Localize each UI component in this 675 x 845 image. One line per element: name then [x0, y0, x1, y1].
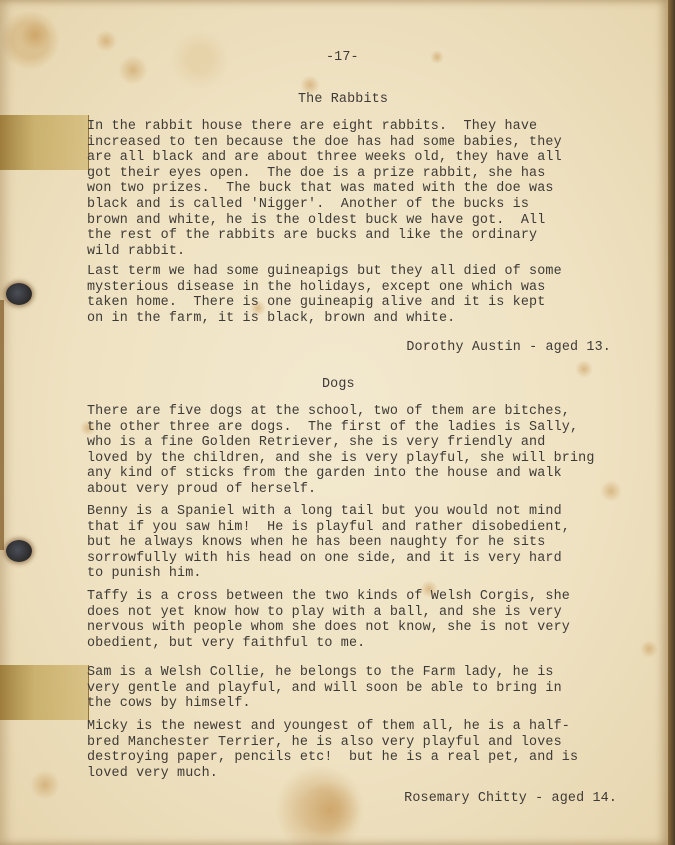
tape-strip-top	[0, 115, 89, 170]
dogs-paragraph-benny: Benny is a Spaniel with a long tail but …	[87, 504, 570, 582]
page-number: -17-	[326, 50, 359, 66]
dogs-paragraph-taffy: Taffy is a cross between the two kinds o…	[87, 589, 570, 651]
dogs-paragraph-micky: Micky is the newest and youngest of them…	[87, 719, 578, 781]
punch-hole-bottom	[6, 540, 32, 562]
section-title-dogs: Dogs	[322, 377, 355, 393]
binding-edge	[0, 300, 4, 550]
page-edge-shadow	[668, 0, 675, 845]
signature-dogs: Rosemary Chitty - aged 14.	[404, 791, 617, 807]
rabbits-paragraph-1: In the rabbit house there are eight rabb…	[87, 119, 562, 259]
typed-page: -17- The Rabbits In the rabbit house the…	[0, 0, 668, 845]
dogs-paragraph-sam: Sam is a Welsh Collie, he belongs to the…	[87, 665, 562, 712]
rabbits-paragraph-2: Last term we had some guineapigs but the…	[87, 264, 562, 326]
tape-strip-bottom	[0, 665, 89, 720]
section-title-rabbits: The Rabbits	[298, 92, 388, 108]
signature-rabbits: Dorothy Austin - aged 13.	[406, 340, 611, 356]
punch-hole-top	[6, 283, 32, 305]
dogs-paragraph-sally: There are five dogs at the school, two o…	[87, 404, 595, 498]
